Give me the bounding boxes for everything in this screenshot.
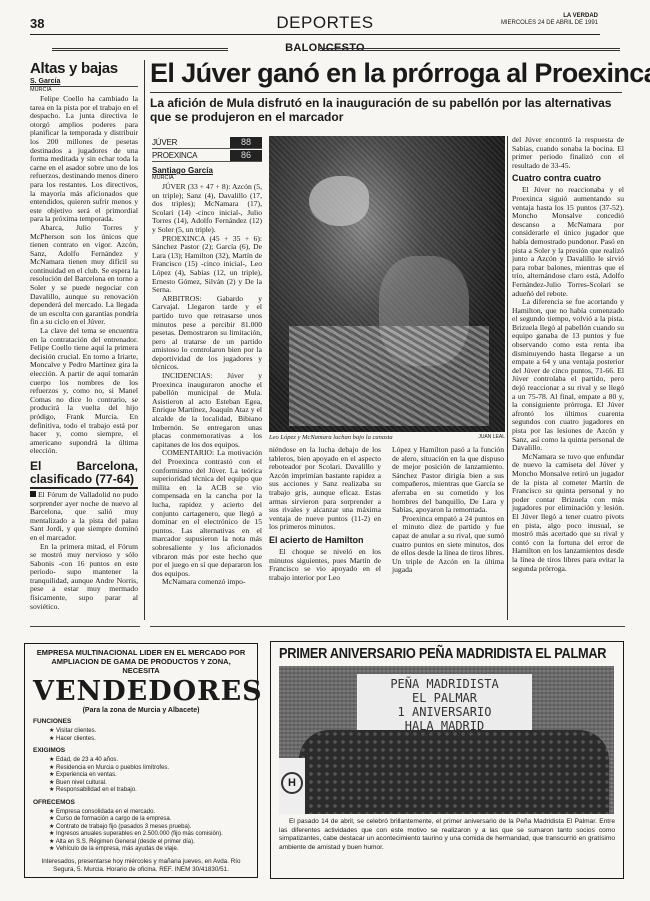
group-photo: PEÑA MADRIDISTA EL PALMAR 1 ANIVERSARIO … <box>279 666 614 814</box>
article-paragraph: PROEXINCA (45 + 35 + 6): Sánchez Pastor … <box>152 235 262 295</box>
ad-list-item: Responsabilidad en el trabajo. <box>49 787 249 795</box>
sidebar-paragraph: El Fórum de Valladolid no pudo sorprende… <box>30 491 138 543</box>
club-banner: PEÑA MADRIDISTA EL PALMAR 1 ANIVERSARIO … <box>357 674 532 732</box>
article-paragraph: ARBITROS: Gabardo y Carvajal. Llegaron t… <box>152 295 262 372</box>
article-paragraph: La diferencia se fue acortando y Hamilto… <box>512 298 624 453</box>
team-score: 88 <box>230 137 262 148</box>
article-byline: Santiago García <box>152 166 262 175</box>
ad-section-label: OFRECEMOS <box>33 799 249 806</box>
ad-list-item: Ingresos anuales superables en 2.500.000… <box>49 831 249 839</box>
ad-list-item: Contrato de trabajo fijo (pasados 3 mese… <box>49 824 249 832</box>
ad-list-item: Visitar clientes. <box>49 728 249 736</box>
headline-rule <box>150 92 622 93</box>
deck: La afición de Mula disfrutó en la inaugu… <box>150 96 625 124</box>
section-rule <box>150 626 625 627</box>
column-divider <box>144 60 145 620</box>
article-paragraph: El Júver no reaccionaba y el Proexinca s… <box>512 186 624 298</box>
ad-list-item: Residencia en Murcia o pueblos limítrofe… <box>49 765 249 773</box>
team-name: JÚVER <box>152 138 177 147</box>
ad-list-item: Curso de formación a cargo de la empresa… <box>49 816 249 824</box>
score-row: JÚVER 88 <box>152 136 262 149</box>
photo-caption: Leo López y McNamara luchan bajo la cana… <box>269 434 505 441</box>
article-paragraph: niéndose en la lucha debajo de los table… <box>269 446 381 532</box>
caption-text: Leo López y McNamara luchan bajo la cana… <box>269 434 393 441</box>
ad-section-label: FUNCIONES <box>33 718 249 725</box>
ad-list-item: Hacer clientes. <box>49 736 249 744</box>
header-rule <box>30 34 600 35</box>
article-paragraph: Proexinca empató a 24 puntos en el minut… <box>392 515 504 575</box>
ad-list-item: Buen nivel cultural. <box>49 780 249 788</box>
article-column-5: del Júver encontró la respuesta de Sabía… <box>512 136 624 573</box>
article-paragraph: del Júver encontró la respuesta de Sabía… <box>512 136 624 170</box>
article-paragraph: McNamara se tuvo que enfundar de nuevo l… <box>512 453 624 573</box>
sidebar-byline: S. García <box>30 78 138 87</box>
ad-list: Visitar clientes. Hacer clientes. <box>33 728 249 743</box>
sidebar-article: Altas y bajas S. García MURCIA Felipe Co… <box>30 60 138 611</box>
sidebar-subhead: El Barcelona, clasificado (77-64) <box>30 460 138 489</box>
sidebar-paragraph: Abarca, Julio Torres y McPherson son los… <box>30 224 138 327</box>
ad-footer: Interesados, presentarse hoy miércoles y… <box>33 858 249 874</box>
sidebar-dateline: MURCIA <box>30 87 138 93</box>
basketball-photo <box>269 136 505 432</box>
article-paragraph: El choque se niveló en los minutos sigui… <box>269 548 381 582</box>
article-column-3: niéndose en la lucha debajo de los table… <box>269 446 381 582</box>
article-paragraph: JÚVER (33 + 47 + 8): Azcón (5, un triple… <box>152 183 262 235</box>
ad-list-item: Vehículo de la empresa, más ayudas de vi… <box>49 846 249 854</box>
article-paragraph: López y Hamilton pasó a la función de al… <box>392 446 504 515</box>
article-subhead: Cuatro contra cuatro <box>512 173 624 183</box>
article-subhead: El acierto de Hamilton <box>269 535 381 545</box>
sidebar-paragraph: En la primera mitad, el Fórum se mostró … <box>30 543 138 612</box>
anniversary-title: PRIMER ANIVERSARIO PEÑA MADRIDISTA EL PA… <box>279 646 575 662</box>
sponsor-logo-icon: H <box>279 758 305 814</box>
column-divider <box>507 136 508 620</box>
ad-list-item: Edad, de 23 a 40 años. <box>49 757 249 765</box>
ad-header: EMPRESA MULTINACIONAL LIDER EN EL MERCAD… <box>33 648 249 675</box>
publication-name: LA VERDAD <box>501 13 598 20</box>
article-dateline: MURCIA <box>152 175 262 181</box>
score-row: PROEXINCA 86 <box>152 149 262 162</box>
ad-list-item: Alta en S.S. Régimen General (desde el p… <box>49 839 249 847</box>
crowd <box>299 730 609 814</box>
anniversary-notice: PRIMER ANIVERSARIO PEÑA MADRIDISTA EL PA… <box>270 641 624 879</box>
sidebar-paragraph: Felipe Coello ha cambiado la tarea en la… <box>30 95 138 224</box>
ad-list-item: Empresa consolidada en el mercado. <box>49 809 249 817</box>
sidebar-title: Altas y bajas <box>30 60 138 77</box>
headline: El Júver ganó en la prórroga al Proexinc… <box>150 58 630 89</box>
sidebar-paragraph: La clave del tema se encuentra en la con… <box>30 327 138 456</box>
article-paragraph: McNamara comenzó impo- <box>152 578 262 587</box>
ad-list: Edad, de 23 a 40 años. Residencia en Mur… <box>33 757 249 795</box>
ad-list-item: Experiencia en ventas. <box>49 772 249 780</box>
article-column-2: Santiago García MURCIA JÚVER (33 + 47 + … <box>152 166 262 587</box>
publication-date: MIERCOLES 24 DE ABRIL DE 1991 <box>501 20 598 27</box>
section-rule <box>30 626 140 627</box>
square-bullet-icon <box>30 491 36 497</box>
photo-credit: JUAN LEAL <box>478 434 505 441</box>
ad-list: Empresa consolidada en el mercado. Curso… <box>33 809 249 854</box>
anniversary-text: El pasado 14 de abril, se celebró brilla… <box>279 818 615 852</box>
article-column-4: López y Hamilton pasó a la función de al… <box>392 446 504 575</box>
article-paragraph: COMENTARIO: La motivación del Proexinca … <box>152 449 262 578</box>
masthead: LA VERDAD MIERCOLES 24 DE ABRIL DE 1991 <box>501 13 598 27</box>
subsection-rule-right <box>320 48 620 51</box>
team-score: 86 <box>230 150 262 161</box>
team-name: PROEXINCA <box>152 151 197 160</box>
article-paragraph: INCIDENCIAS: Júver y Proexinca inaugurar… <box>152 372 262 449</box>
ad-section-label: EXIGIMOS <box>33 747 249 754</box>
job-advertisement: EMPRESA MULTINACIONAL LIDER EN EL MERCAD… <box>24 643 258 878</box>
scoreboard: JÚVER 88 PROEXINCA 86 <box>152 136 262 162</box>
ad-region: (Para la zona de Murcia y Albacete) <box>33 707 249 714</box>
ad-title: VENDEDORES <box>33 677 249 707</box>
